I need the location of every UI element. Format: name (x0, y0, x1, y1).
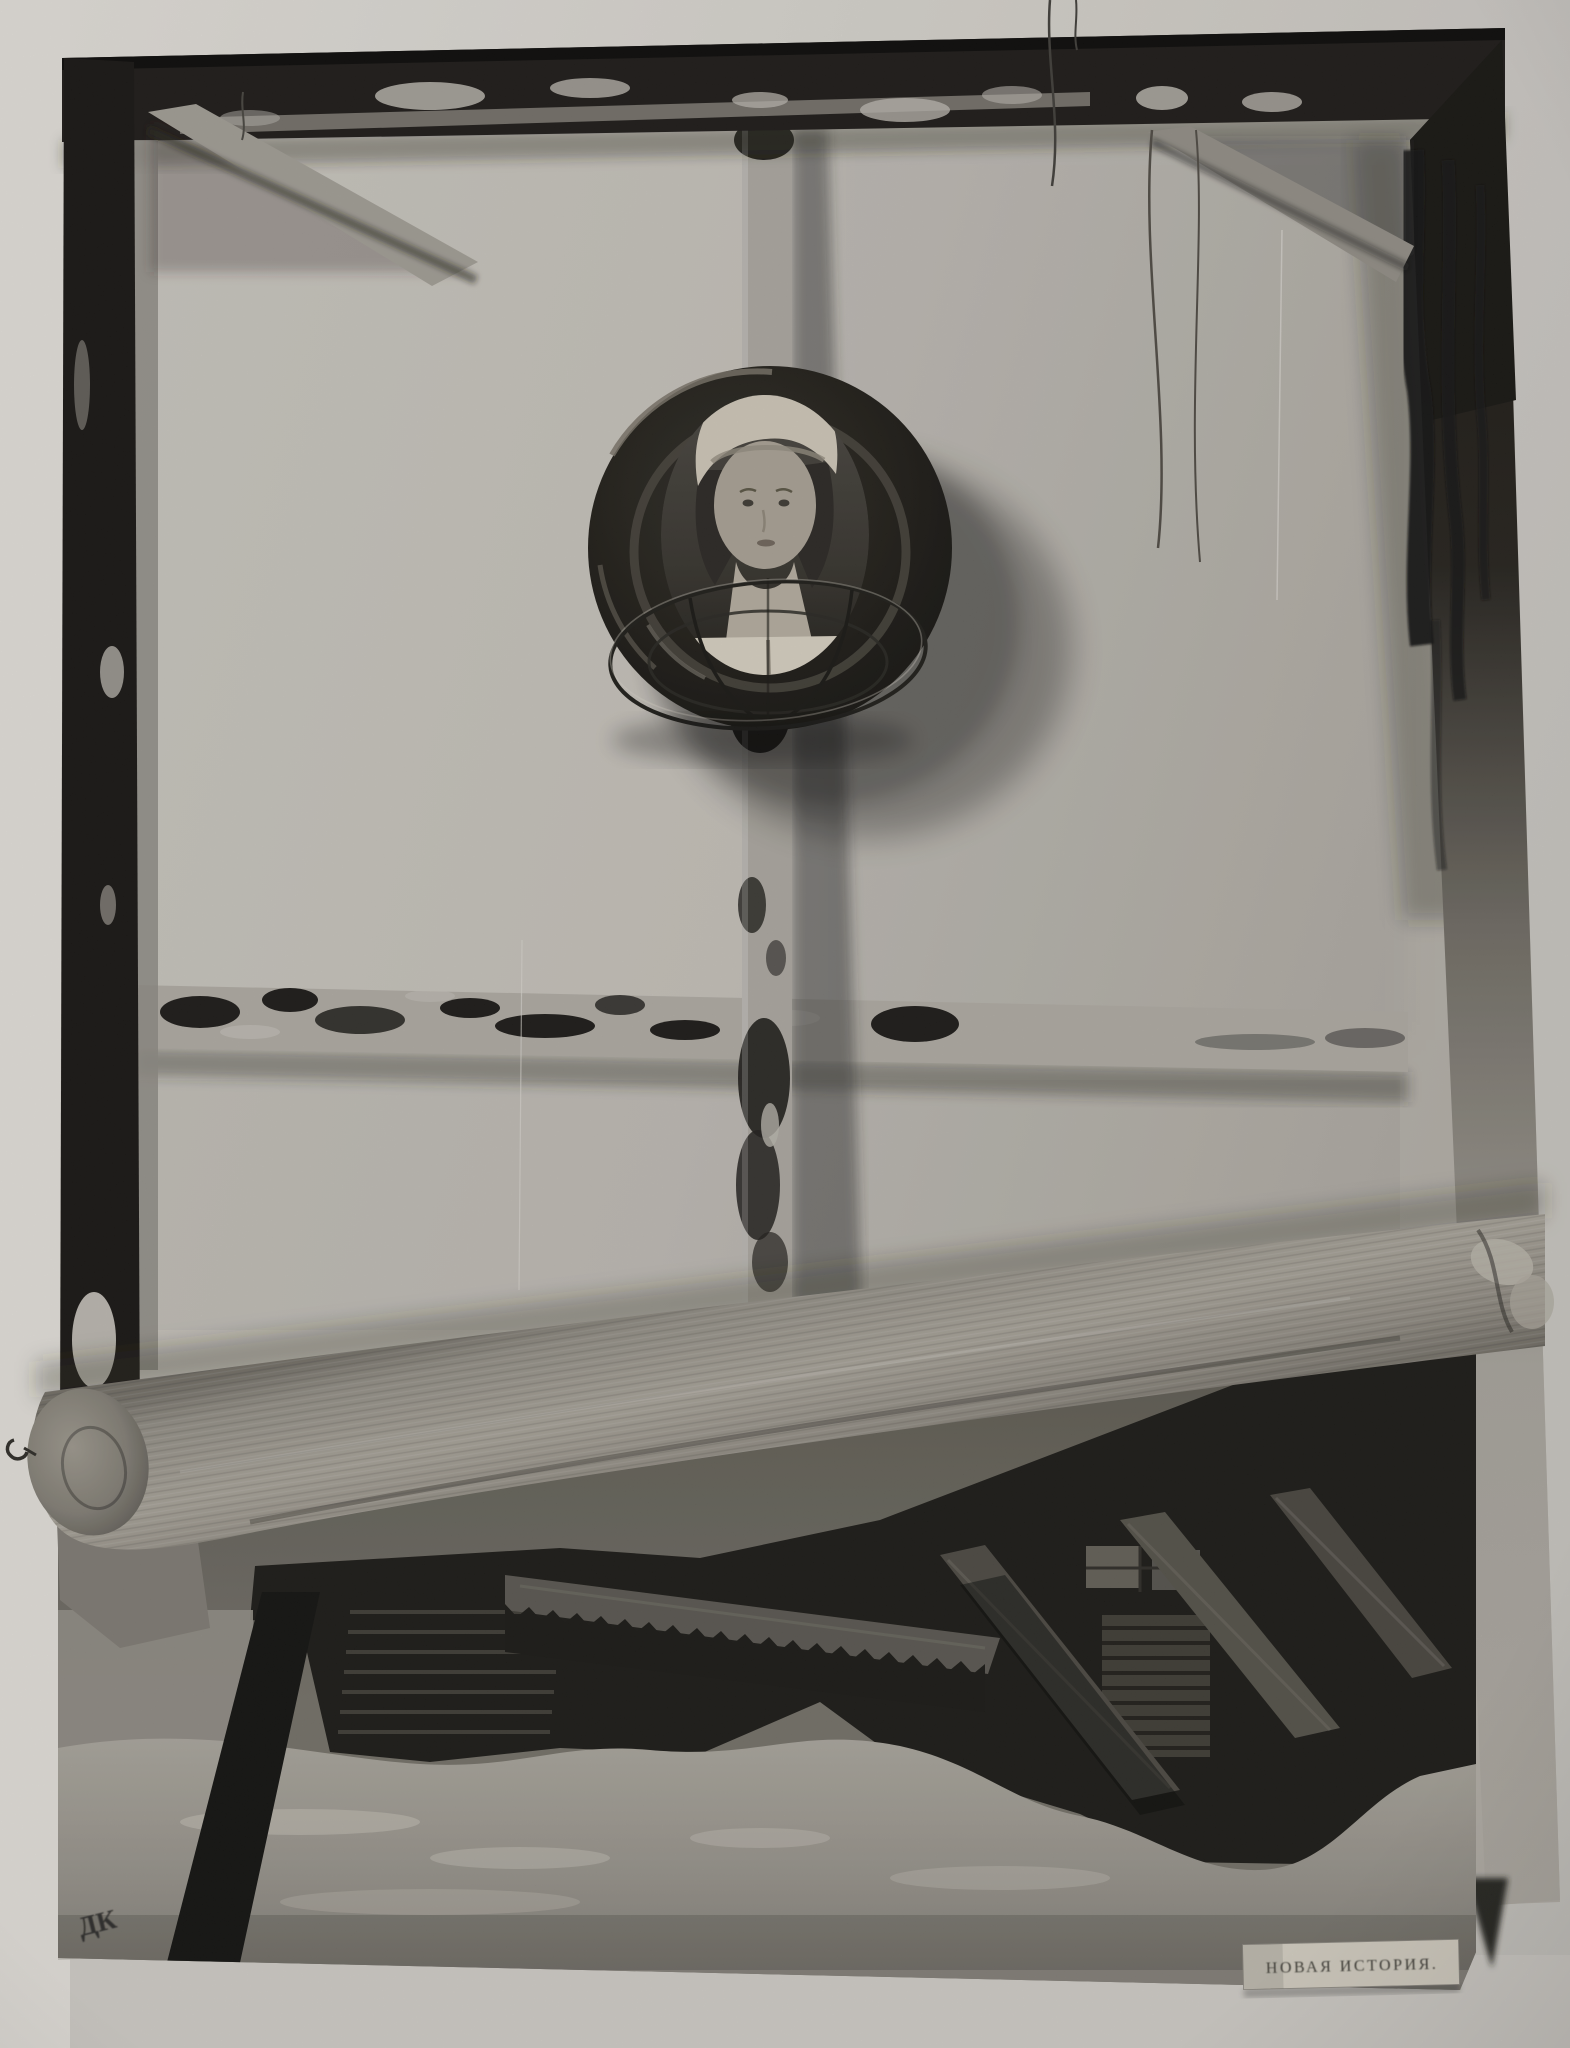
vignette (0, 0, 1570, 2048)
photograph: ДК НОВАЯ ИСТОРИЯ. (0, 0, 1570, 2048)
